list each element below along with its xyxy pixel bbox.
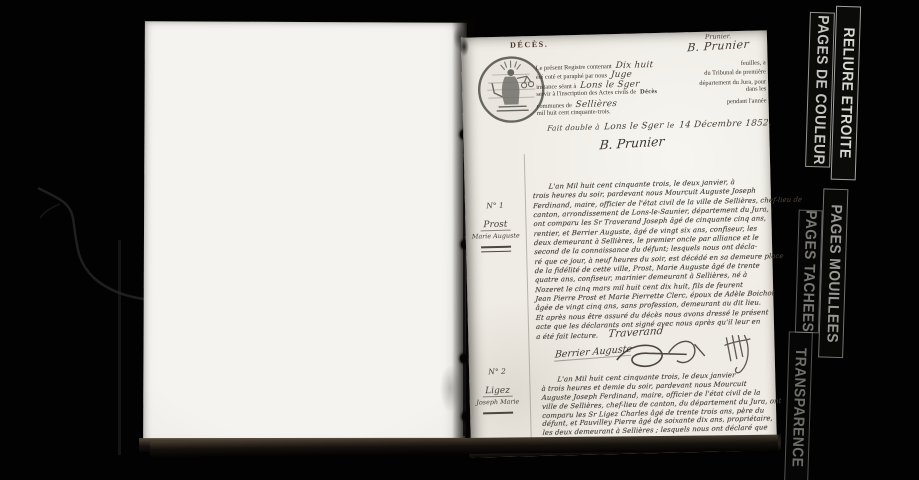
flag-strip-pages-mouillees: PAGES MOUILLEES <box>818 188 848 358</box>
flag-strip-reliure-etroite: RELIURE ETROITE <box>831 6 861 181</box>
flag-strip-pages-de-couleur: PAGES DE COULEUR <box>805 12 835 168</box>
condition-flags: RELIURE ETROITE PAGES DE COULEUR PAGES M… <box>0 0 919 480</box>
flag-strip-transparence: TRANSPARENCE <box>784 331 813 480</box>
flag-label: RELIURE ETROITE <box>835 27 856 159</box>
flag-label: PAGES DE COULEUR <box>809 15 830 165</box>
flag-label: PAGES MOUILLEES <box>823 204 844 343</box>
flag-label: PAGES TACHEES <box>798 210 819 332</box>
flag-strip-pages-tachees: PAGES TACHEES <box>795 210 823 334</box>
flag-label: TRANSPARENCE <box>788 348 809 468</box>
book-scan-photo: DÉCÈS. Prunier. B. Prunier Le <box>0 0 919 480</box>
